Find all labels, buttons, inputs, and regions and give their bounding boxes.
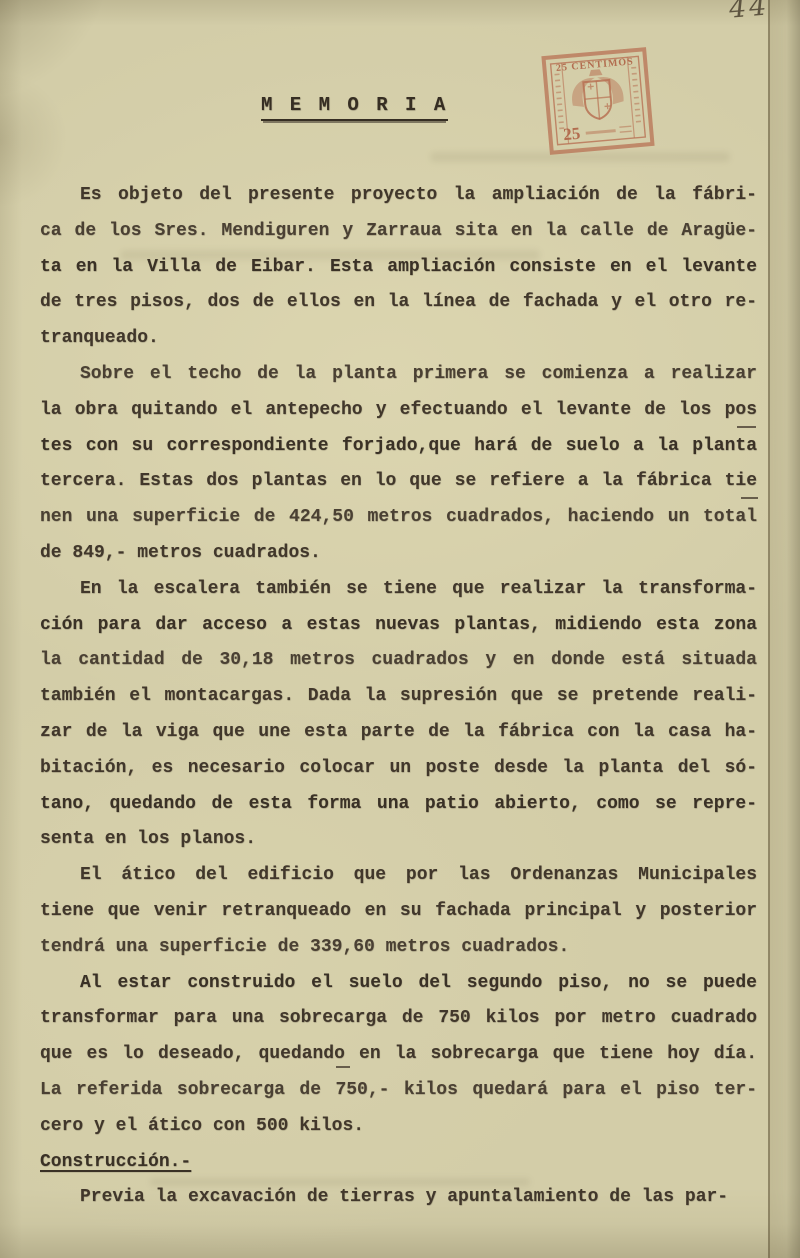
typed-text-line: cero y el ático con 500 kilos. xyxy=(40,1115,757,1151)
continuation-underscore-tie xyxy=(741,497,758,499)
typed-text-line: Al estar construido el suelo del segundo… xyxy=(40,972,757,1008)
typed-text-line: la obra quitando el antepecho y efectuan… xyxy=(40,399,757,435)
typed-text-line: bitación, es necesario colocar un poste … xyxy=(40,757,757,793)
scanned-document-page: 44 25 CENTIMOS 25 M E M O xyxy=(0,0,800,1258)
page-edge-crease xyxy=(768,0,800,1258)
handwritten-page-number: 44 xyxy=(728,0,771,25)
typed-text-line: tes con su correspondiente forjado,que h… xyxy=(40,435,757,471)
typed-text-line: ca de los Sres. Mendiguren y Zarraua sit… xyxy=(40,220,757,256)
typed-text-line: senta en los planos. xyxy=(40,828,757,864)
typed-text-line: Sobre el techo de la planta primera se c… xyxy=(40,363,757,399)
typed-text-line: que es lo deseado, quedando en la sobrec… xyxy=(40,1043,757,1079)
typed-text-line: El ático del edificio que por las Ordena… xyxy=(40,864,757,900)
document-body: Es objeto del presente proyecto la ampli… xyxy=(40,184,757,1222)
typed-text-line: de tres pisos, dos de ellos en la línea … xyxy=(40,291,757,327)
document-title: M E M O R I A xyxy=(261,94,448,121)
typed-text-line: En la escalera también se tiene que real… xyxy=(40,578,757,614)
typed-text-line: ta en la Villa de Eibar. Esta ampliación… xyxy=(40,256,757,292)
typed-text-line: Previa la excavación de tierras y apunta… xyxy=(40,1186,757,1222)
typed-text-line: la cantidad de 30,18 metros cuadrados y … xyxy=(40,649,757,685)
typed-text-line: transformar para una sobrecarga de 750 k… xyxy=(40,1007,757,1043)
typed-text-line: La referida sobrecarga de 750,- kilos qu… xyxy=(40,1079,757,1115)
stamp-value-numeral: 25 xyxy=(562,124,581,144)
typed-text-line: zar de la viga que une esta parte de la … xyxy=(40,721,757,757)
ghost-smudge xyxy=(430,152,730,162)
typed-text-line: ción para dar acceso a estas nuevas plan… xyxy=(40,614,757,650)
typed-text-line: tano, quedando de esta forma una patio a… xyxy=(40,793,757,829)
section-heading: Construcción.- xyxy=(40,1151,757,1187)
revenue-stamp: 25 CENTIMOS 25 xyxy=(541,47,655,156)
continuation-underscore-pos xyxy=(737,426,756,428)
typed-text-line: nen una superficie de 424,50 metros cuad… xyxy=(40,506,757,542)
overline-correction-mark xyxy=(336,1066,350,1068)
typed-text-line: tendrá una superficie de 339,60 metros c… xyxy=(40,936,757,972)
typed-text-line: de 849,- metros cuadrados. xyxy=(40,542,757,578)
typed-text-line: Es objeto del presente proyecto la ampli… xyxy=(40,184,757,220)
typed-text-line: también el montacargas. Dada la supresió… xyxy=(40,685,757,721)
typed-text-line: tranqueado. xyxy=(40,327,757,363)
typed-text-line: tiene que venir retranqueado en su facha… xyxy=(40,900,757,936)
typed-text-line: tercera. Estas dos plantas en lo que se … xyxy=(40,470,757,506)
